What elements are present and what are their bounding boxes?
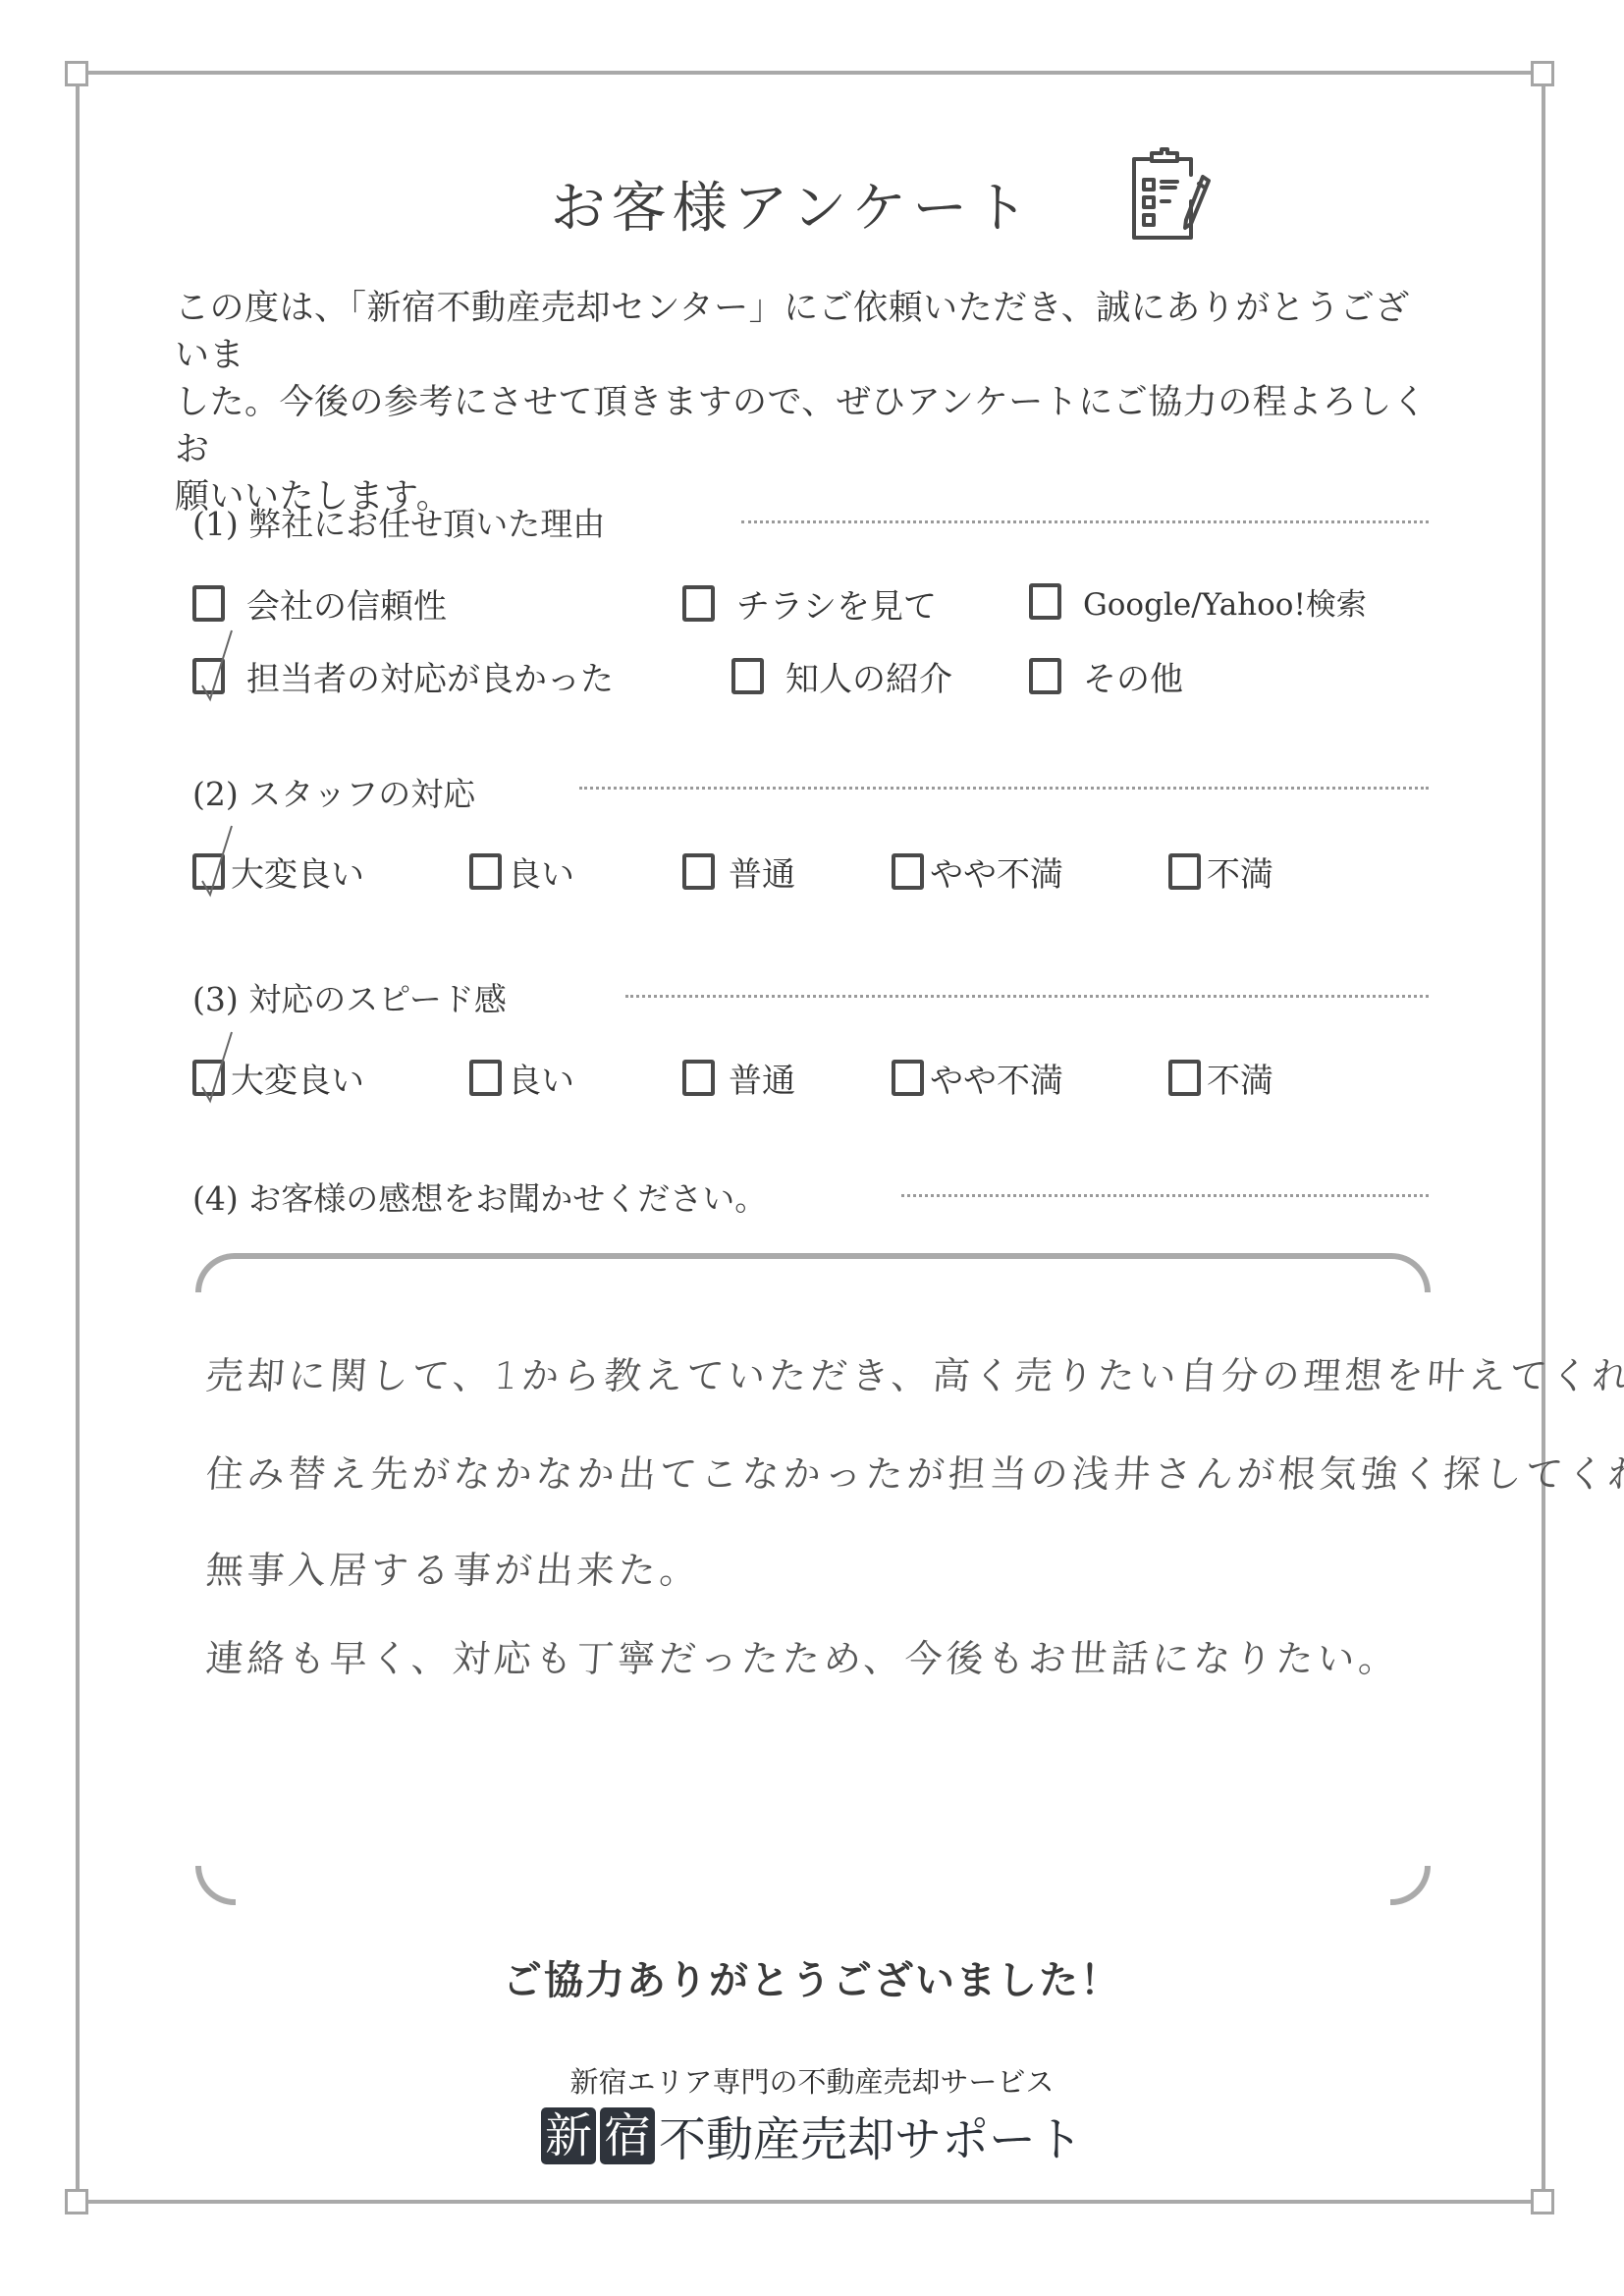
brand-tagline: 新宿エリア専門の不動産売却サービス: [0, 2060, 1624, 2101]
q3-option-unsatisfied[interactable]: 不満: [1168, 1054, 1273, 1102]
checkbox[interactable]: [682, 585, 715, 622]
question-4-heading: (4) お客様の感想をお聞かせください。: [192, 1174, 767, 1220]
checkmark-icon: [198, 1030, 238, 1109]
q1-option-search[interactable]: Google/Yahoo!検索: [1029, 579, 1367, 624]
checkbox[interactable]: [682, 1060, 715, 1096]
checkbox[interactable]: [1029, 583, 1061, 620]
option-label: 良い: [508, 847, 574, 896]
checkmark-icon: [198, 824, 238, 902]
frame-corner-bottom-right: [1531, 2189, 1554, 2214]
checkbox[interactable]: [469, 1060, 502, 1096]
q3-option-good[interactable]: 良い: [469, 1054, 574, 1102]
q2-option-slightly-unsatisfied[interactable]: やや不満: [892, 847, 1063, 896]
q2-option-good[interactable]: 良い: [469, 847, 574, 896]
checkbox[interactable]: [892, 853, 924, 890]
option-label: Google/Yahoo!検索: [1083, 579, 1367, 624]
page-title-text: お客様アンケート: [551, 165, 1035, 244]
question-4-divider: [901, 1194, 1429, 1197]
frame-bottom-line: [78, 2200, 1543, 2204]
checkbox[interactable]: [731, 658, 764, 694]
q3-option-average[interactable]: 普通: [682, 1054, 795, 1102]
option-label: 普通: [729, 1054, 795, 1102]
checkbox[interactable]: [469, 853, 502, 890]
checkbox-checked[interactable]: [192, 1060, 225, 1096]
question-3-divider: [625, 995, 1429, 998]
option-label: その他: [1083, 652, 1183, 700]
option-label: やや不満: [930, 1054, 1063, 1102]
frame-top-line: [78, 71, 1543, 75]
page-title: お客様アンケート: [0, 165, 1624, 244]
question-3-heading: (3) 対応のスピード感: [192, 974, 507, 1020]
checkbox-checked[interactable]: [192, 853, 225, 890]
brand-tile-1: 新: [541, 2107, 596, 2164]
frame-right-line: [1542, 74, 1545, 2202]
q3-option-slightly-unsatisfied[interactable]: やや不満: [892, 1054, 1063, 1102]
question-2-divider: [579, 787, 1429, 790]
q1-option-staff-response[interactable]: 担当者の対応が良かった: [192, 652, 614, 700]
intro-line-2: した。今後の参考にさせて頂きますので、ぜひアンケートにご協力の程よろしくお: [175, 379, 1441, 473]
handwritten-line-2: 住み替え先がなかなか出てこなかったが担当の浅井さんが根気強く探してくれ、: [204, 1444, 1624, 1498]
option-label: 大変良い: [231, 847, 364, 896]
q1-option-other[interactable]: その他: [1029, 652, 1183, 700]
q1-option-flyer[interactable]: チラシを見て: [682, 579, 937, 628]
handwritten-line-3: 無事入居する事が出来た。: [204, 1540, 703, 1594]
comment-textarea[interactable]: 売却に関して、1から教えていただき、高く売りたい自分の理想を叶えてくれた。 住み…: [201, 1296, 1424, 1866]
checkmark-icon: [198, 629, 238, 707]
option-label: 大変良い: [231, 1054, 364, 1102]
frame-corner-top-right: [1531, 61, 1554, 86]
q2-option-very-good[interactable]: 大変良い: [192, 847, 364, 896]
q2-option-unsatisfied[interactable]: 不満: [1168, 847, 1273, 896]
intro-line-1: この度は、「新宿不動産売却センター」にご依頼いただき、誠にありがとうございま: [175, 285, 1441, 379]
option-label: 知人の紹介: [785, 652, 952, 700]
checkbox[interactable]: [892, 1060, 924, 1096]
option-label: 不満: [1207, 1054, 1273, 1102]
comment-box-bottom-gap: [236, 1866, 1390, 1915]
handwritten-line-1: 売却に関して、1から教えていただき、高く売りたい自分の理想を叶えてくれた。: [204, 1345, 1624, 1399]
frame-corner-bottom-left: [65, 2189, 88, 2214]
thanks-message: ご協力ありがとうございました！: [0, 1949, 1624, 2005]
handwritten-line-4: 連絡も早く、対応も丁寧だったため、今後もお世話になりたい。: [204, 1628, 1402, 1682]
option-label: 会社の信頼性: [246, 579, 447, 628]
q2-option-average[interactable]: 普通: [682, 847, 795, 896]
checkbox[interactable]: [192, 585, 225, 622]
option-label: チラシを見て: [736, 579, 937, 628]
intro-paragraph: この度は、「新宿不動産売却センター」にご依頼いただき、誠にありがとうございま し…: [175, 285, 1441, 520]
frame-left-line: [76, 74, 80, 2202]
clipboard-checklist-icon: [1122, 147, 1220, 246]
comment-box-top-border: [195, 1253, 1431, 1292]
checkbox[interactable]: [1168, 853, 1201, 890]
brand-name: 不動産売却サポート: [659, 2102, 1083, 2169]
option-label: 不満: [1207, 847, 1273, 896]
checkbox[interactable]: [1029, 658, 1061, 694]
brand-tile-2: 宿: [600, 2107, 655, 2164]
option-label: 担当者の対応が良かった: [246, 652, 614, 700]
question-1-heading: (1) 弊社にお任せ頂いた理由: [192, 499, 605, 545]
q3-option-very-good[interactable]: 大変良い: [192, 1054, 364, 1102]
question-2-heading: (2) スタッフの対応: [192, 769, 475, 815]
frame-corner-top-left: [65, 61, 88, 86]
question-1-divider: [741, 520, 1429, 523]
q1-option-company-trust[interactable]: 会社の信頼性: [192, 579, 447, 628]
option-label: 普通: [729, 847, 795, 896]
brand-logo: 新 宿 不動産売却サポート: [541, 2102, 1083, 2169]
q1-option-referral[interactable]: 知人の紹介: [731, 652, 952, 700]
option-label: やや不満: [930, 847, 1063, 896]
checkbox[interactable]: [1168, 1060, 1201, 1096]
checkbox[interactable]: [682, 853, 715, 890]
option-label: 良い: [508, 1054, 574, 1102]
checkbox-checked[interactable]: [192, 658, 225, 694]
